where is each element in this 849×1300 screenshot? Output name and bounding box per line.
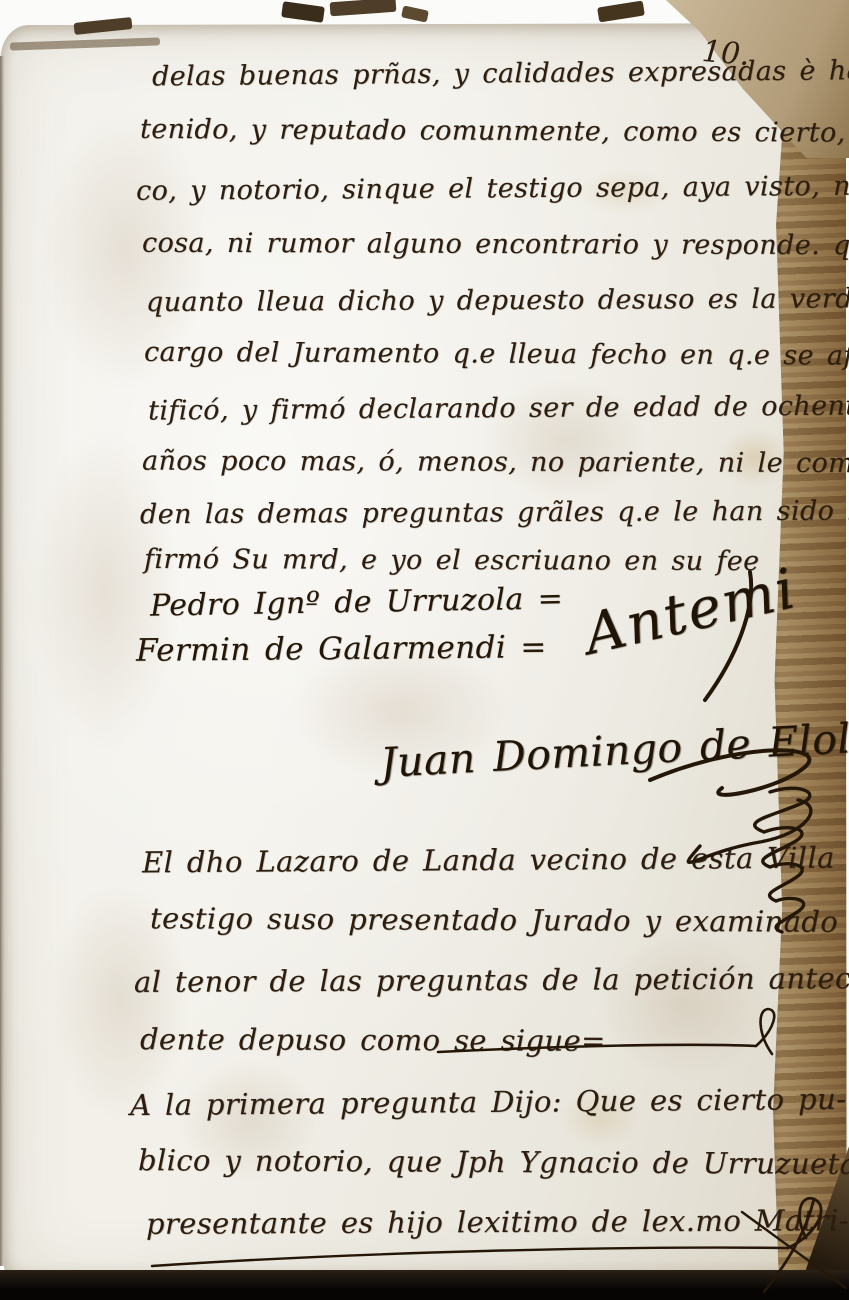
- ink-showthrough: [600, 930, 770, 1080]
- signature-witness2: Fermin de Galarmendi =: [136, 632, 547, 667]
- manuscript-line: testigo suso presentado Jurado y examina…: [150, 904, 838, 937]
- manuscript-line: co, y notorio, sinque el testigo sepa, a…: [136, 172, 849, 205]
- manuscript-line: tenido, y reputado comunmente, como es c…: [140, 116, 849, 147]
- manuscript-line: delas buenas prñas, y calidades expresad…: [152, 57, 849, 91]
- page-left-edge: [0, 56, 4, 1266]
- manuscript-line: presentante es hijo lexitimo de lex.mo M…: [146, 1206, 849, 1239]
- torn-edge-fragment: [401, 5, 429, 22]
- manuscript-line: firmó Su mrd, e yo el escriuano en su fe…: [144, 546, 760, 575]
- torn-edge-fragment: [597, 0, 645, 22]
- manuscript-line: blico y notorio, que Jph Ygnacio de Urru…: [138, 1146, 849, 1179]
- torn-edge-fragment: [330, 0, 397, 16]
- manuscript-line: al tenor de las preguntas de la petición…: [134, 964, 849, 997]
- torn-edge-fragment: [281, 1, 325, 23]
- manuscript-line: cosa, ni rumor alguno encontrario y resp…: [142, 230, 849, 260]
- manuscript-line: A la primera pregunta Dijo: Que es ciert…: [130, 1085, 847, 1120]
- binding-shadow-bottom: [0, 1270, 849, 1300]
- manuscript-line: cargo del Juramento q.e lleua fecho en q…: [144, 339, 849, 370]
- manuscript-scan: 10. delas buenas prñas, y calidades expr…: [0, 0, 849, 1300]
- manuscript-line: quanto lleua dicho y depuesto desuso es …: [146, 285, 849, 316]
- manuscript-line: den las demas preguntas grãles q.e le ha…: [140, 497, 849, 529]
- manuscript-line: años poco mas, ó, menos, no pariente, ni…: [142, 448, 849, 478]
- manuscript-line: El dho Lazaro de Landa vecino de esta Vi…: [142, 844, 835, 878]
- signature-witness1: Pedro Ignº de Urruzola =: [150, 584, 564, 621]
- manuscript-line: tificó, y firmó declarando ser de edad d…: [148, 392, 849, 424]
- manuscript-line: dente depuso como se sigue=: [140, 1025, 606, 1056]
